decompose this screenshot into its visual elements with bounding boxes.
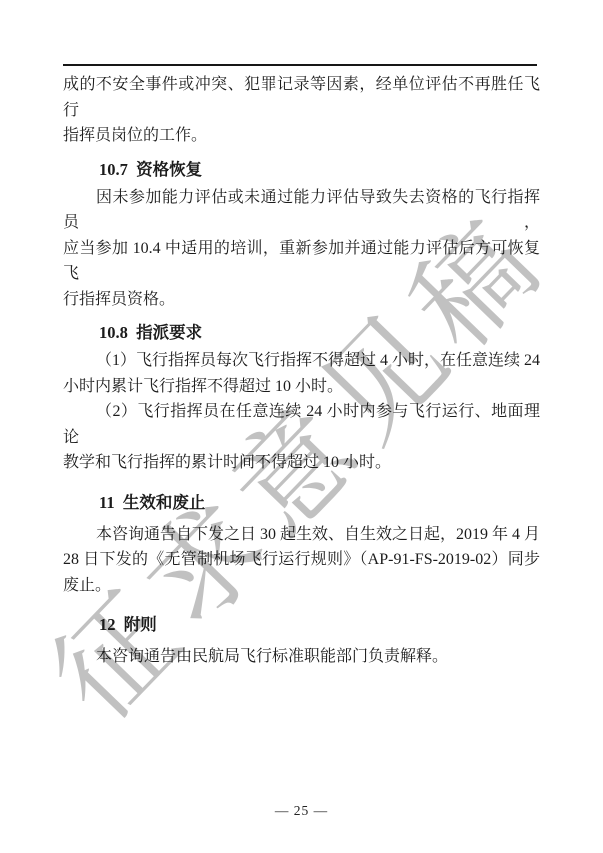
paragraph-line: 废止。 bbox=[63, 573, 540, 599]
paragraph-line: 28 日下发的《无管制机场飞行运行规则》（AP-91-FS-2019-02）同步 bbox=[63, 547, 540, 573]
paragraph-12: 本咨询通告由民航局飞行标准职能部门负责解释。 bbox=[63, 644, 540, 670]
paragraph-line: 因未参加能力评估或未通过能力评估导致失去资格的飞行指挥员， bbox=[63, 185, 540, 236]
section-heading-12: 12 附则 bbox=[63, 612, 540, 637]
paragraph-line: 本咨询通告自下发之日 30 起生效、自生效之日起，2019 年 4 月 bbox=[63, 522, 540, 548]
section-heading-10-8: 10.8 指派要求 bbox=[63, 320, 540, 345]
paragraph-10-8-item2: （2）飞行指挥员在任意连续 24 小时内参与飞行运行、地面理论 教学和飞行指挥的… bbox=[63, 399, 540, 476]
paragraph-line: 小时内累计飞行指挥不得超过 10 小时。 bbox=[63, 374, 540, 400]
paragraph-line: （1）飞行指挥员每次飞行指挥不得超过 4 小时，在任意连续 24 bbox=[63, 348, 540, 374]
document-body: 成的不安全事件或冲突、犯罪记录等因素，经单位评估不再胜任飞行 指挥员岗位的工作。… bbox=[63, 66, 540, 670]
paragraph-line: 教学和飞行指挥的累计时间不得超过 10 小时。 bbox=[63, 450, 540, 476]
paragraph-11: 本咨询通告自下发之日 30 起生效、自生效之日起，2019 年 4 月 28 日… bbox=[63, 522, 540, 599]
section-heading-11: 11 生效和废止 bbox=[63, 490, 540, 515]
paragraph-line: 本咨询通告由民航局飞行标准职能部门负责解释。 bbox=[63, 644, 540, 670]
paragraph-10-7: 因未参加能力评估或未通过能力评估导致失去资格的飞行指挥员， 应当参加 10.4 … bbox=[63, 185, 540, 313]
paragraph-continuation: 成的不安全事件或冲突、犯罪记录等因素，经单位评估不再胜任飞行 指挥员岗位的工作。 bbox=[63, 72, 540, 149]
section-heading-10-7: 10.7 资格恢复 bbox=[63, 157, 540, 182]
paragraph-10-8-item1: （1）飞行指挥员每次飞行指挥不得超过 4 小时，在任意连续 24 小时内累计飞行… bbox=[63, 348, 540, 399]
paragraph-line: 指挥员岗位的工作。 bbox=[63, 123, 540, 149]
paragraph-line: （2）飞行指挥员在任意连续 24 小时内参与飞行运行、地面理论 bbox=[63, 399, 540, 450]
paragraph-line: 应当参加 10.4 中适用的培训，重新参加并通过能力评估后方可恢复飞 bbox=[63, 236, 540, 287]
paragraph-line: 成的不安全事件或冲突、犯罪记录等因素，经单位评估不再胜任飞行 bbox=[63, 72, 540, 123]
page-number: — 25 — bbox=[0, 803, 603, 819]
paragraph-line: 行指挥员资格。 bbox=[63, 287, 540, 313]
document-page: 征求意见稿 成的不安全事件或冲突、犯罪记录等因素，经单位评估不再胜任飞行 指挥员… bbox=[0, 0, 603, 853]
